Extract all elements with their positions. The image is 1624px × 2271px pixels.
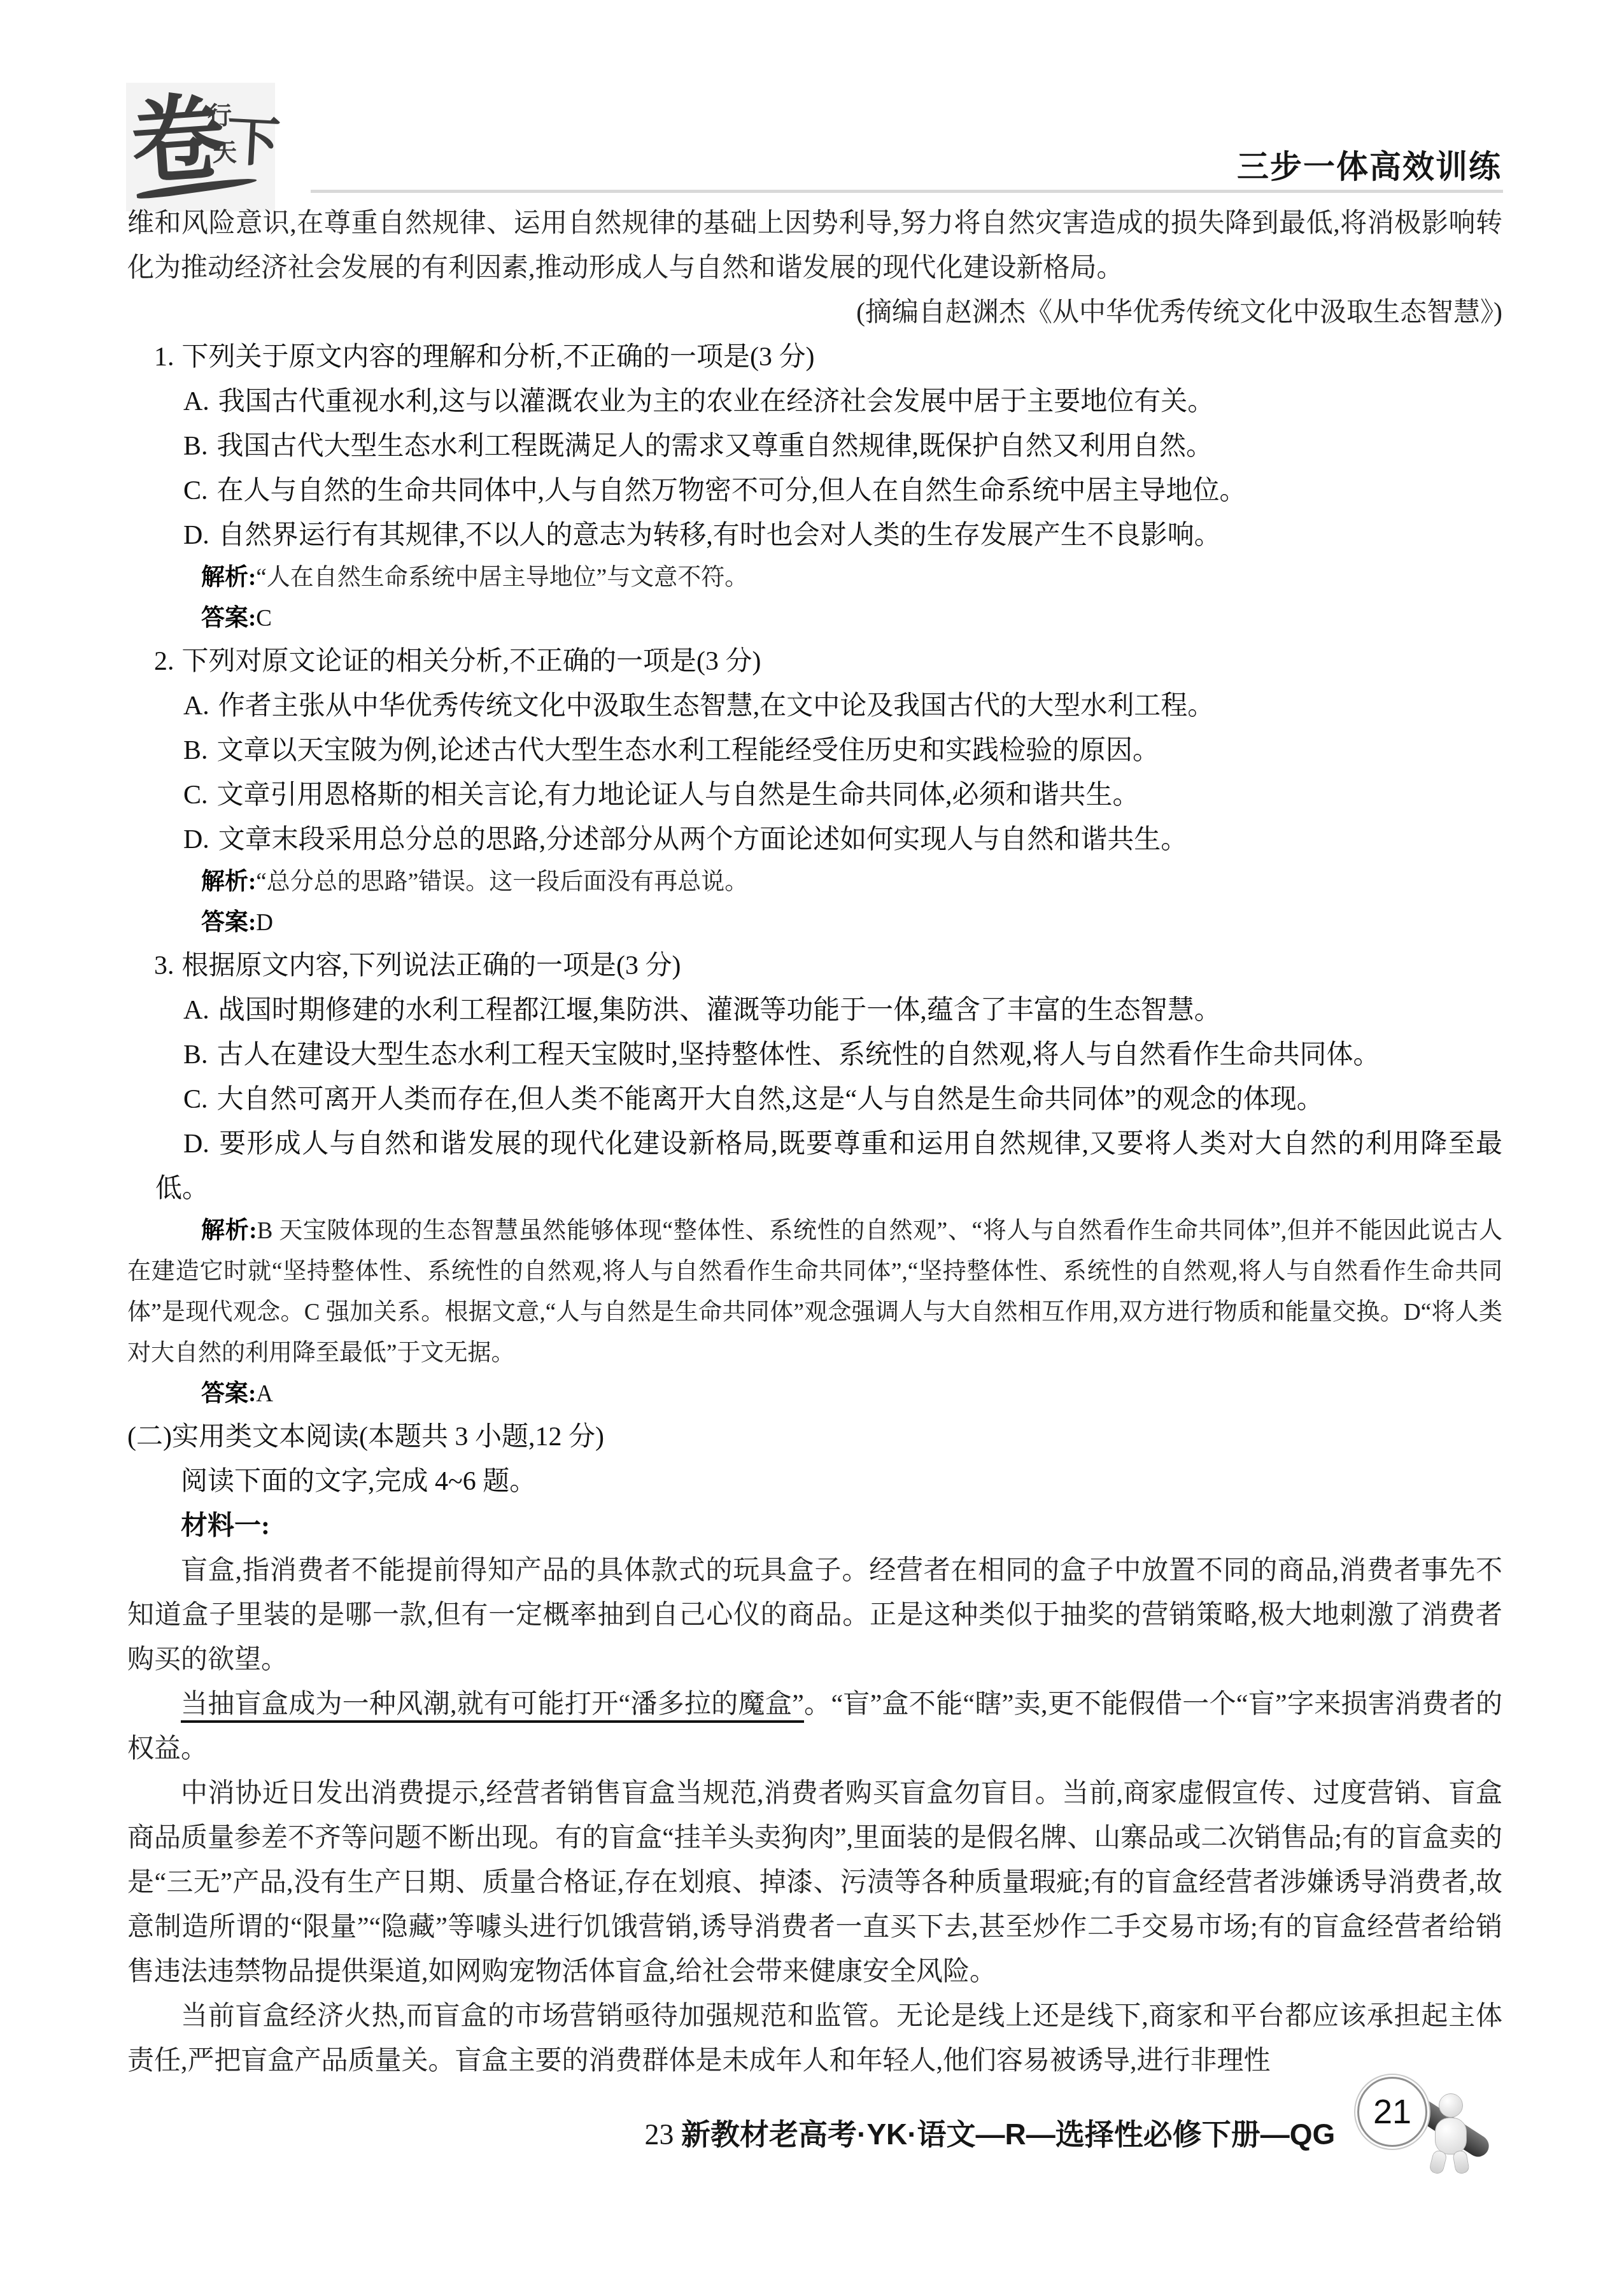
question-3-option-d: D.要形成人与自然和谐发展的现代化建设新格局,既要尊重和运用自然规律,又要将人类…	[127, 1122, 1502, 1211]
intro-attribution: (摘编自赵渊杰《从中华优秀传统文化中汲取生态智慧》)	[127, 290, 1502, 335]
option-b-label: B.	[183, 1040, 208, 1070]
option-b-label: B.	[183, 736, 208, 765]
material-paragraph-1: 盲盒,指消费者不能提前得知产品的具体款式的玩具盒子。经营者在相同的盒子中放置不同…	[127, 1548, 1502, 1682]
option-c-text: 在人与自然的生命共同体中,人与自然万物密不可分,但人在自然生命系统中居主导地位。	[217, 476, 1246, 506]
option-a-text: 我国古代重视水利,这与以灌溉农业为主的农业在经济社会发展中居于主要地位有关。	[218, 387, 1215, 416]
question-3-option-a: A.战国时期修建的水利工程都江堰,集防洪、灌溉等功能于一体,蕴含了丰富的生态智慧…	[127, 988, 1502, 1033]
figurine-head-icon	[1439, 2093, 1463, 2118]
analysis-label: 解析:	[201, 565, 256, 591]
page-number: 21	[1373, 2092, 1411, 2132]
option-d-text: 要形成人与自然和谐发展的现代化建设新格局,既要尊重和运用自然规律,又要将人类对大…	[155, 1129, 1502, 1203]
page-number-badge: 21	[1357, 2077, 1427, 2147]
question-2-option-b: B.文章以天宝陂为例,论述古代大型生态水利工程能经受住历史和实践检验的原因。	[127, 728, 1502, 773]
question-1-stem: 1.下列关于原文内容的理解和分析,不正确的一项是(3 分)	[127, 335, 1502, 379]
question-2-number: 2.	[154, 647, 174, 676]
analysis-text: B 天宝陂体现的生态智慧虽然能够体现“整体性、系统性的自然观”、“将人与自然看作…	[127, 1218, 1502, 1366]
option-b-text: 古人在建设大型生态水利工程天宝陂时,坚持整体性、系统性的自然观,将人与自然看作生…	[217, 1040, 1380, 1070]
question-2-stem-text: 下列对原文论证的相关分析,不正确的一项是(3 分)	[182, 647, 761, 676]
intro-paragraph: 维和风险意识,在尊重自然规律、运用自然规律的基础上因势利导,努力将自然灾害造成的…	[127, 201, 1502, 290]
option-a-text: 战国时期修建的水利工程都江堰,集防洪、灌溉等功能于一体,蕴含了丰富的生态智慧。	[218, 996, 1221, 1025]
question-3-option-c: C.大自然可离开人类而存在,但人类不能离开大自然,这是“人与自然是生命共同体”的…	[127, 1077, 1502, 1122]
question-3-stem: 3.根据原文内容,下列说法正确的一项是(3 分)	[127, 944, 1502, 988]
answer-value: C	[256, 605, 272, 632]
material-1-label: 材料一:	[127, 1504, 1502, 1548]
option-a-label: A.	[183, 996, 209, 1025]
answer-label: 答案:	[201, 605, 256, 632]
content-column: 维和风险意识,在尊重自然规律、运用自然规律的基础上因势利导,努力将自然灾害造成的…	[127, 201, 1502, 2083]
option-c-label: C.	[183, 781, 208, 810]
question-1-option-b: B.我国古代大型生态水利工程既满足人的需求又尊重自然规律,既保护自然又利用自然。	[127, 424, 1502, 469]
option-b-text: 我国古代大型生态水利工程既满足人的需求又尊重自然规律,既保护自然又利用自然。	[217, 432, 1213, 461]
section-2-heading: (二)实用类文本阅读(本题共 3 小题,12 分)	[127, 1415, 1502, 1459]
footer-year: 23	[645, 2118, 682, 2151]
figurine-body-icon	[1435, 2118, 1467, 2154]
header-title: 三步一体高效训练	[1237, 141, 1502, 187]
option-d-text: 文章末段采用总分总的思路,分述部分从两个方面论述如何实现人与自然和谐共生。	[218, 825, 1188, 854]
question-3-analysis: 解析:B 天宝陂体现的生态智慧虽然能够体现“整体性、系统性的自然观”、“将人与自…	[127, 1211, 1502, 1374]
option-d-text: 自然界运行有其规律,不以人的意志为转移,有时也会对人类的生存发展产生不良影响。	[218, 521, 1221, 550]
answer-value: D	[256, 910, 273, 936]
material-paragraph-4: 当前盲盒经济火热,而盲盒的市场营销亟待加强规范和监管。无论是线上还是线下,商家和…	[127, 1994, 1502, 2083]
option-a-label: A.	[183, 387, 209, 416]
option-c-label: C.	[183, 1085, 208, 1114]
analysis-label: 解析:	[201, 1218, 257, 1244]
option-a-label: A.	[183, 691, 209, 721]
question-1-answer: 答案:C	[127, 598, 1502, 639]
option-d-label: D.	[183, 825, 209, 854]
question-3-number: 3.	[154, 951, 174, 980]
exam-page: 卷 行 天 下 三步一体高效训练 维和风险意识,在尊重自然规律、运用自然规律的基…	[0, 0, 1624, 2271]
option-d-label: D.	[183, 521, 209, 550]
answer-label: 答案:	[201, 1381, 256, 1407]
question-3-answer: 答案:A	[127, 1374, 1502, 1415]
question-1-number: 1.	[154, 343, 174, 372]
question-2-stem: 2.下列对原文论证的相关分析,不正确的一项是(3 分)	[127, 639, 1502, 684]
question-2-option-c: C.文章引用恩格斯的相关言论,有力地论证人与自然是生命共同体,必须和谐共生。	[127, 773, 1502, 817]
figurine-leg-icon	[1452, 2149, 1470, 2174]
option-b-text: 文章以天宝陂为例,论述古代大型生态水利工程能经受住历史和实践检验的原因。	[217, 736, 1160, 765]
header-divider	[311, 190, 1503, 193]
question-3-option-b: B.古人在建设大型生态水利工程天宝陂时,坚持整体性、系统性的自然观,将人与自然看…	[127, 1033, 1502, 1077]
answer-value: A	[256, 1381, 273, 1407]
material-paragraph-3: 中消协近日发出消费提示,经营者销售盲盒当规范,消费者购买盲盒勿盲目。当前,商家虚…	[127, 1771, 1502, 1994]
section-2-instruction: 阅读下面的文字,完成 4~6 题。	[127, 1459, 1502, 1504]
analysis-text: “人在自然生命系统中居主导地位”与文意不符。	[256, 565, 748, 591]
logo-char-xia: 下	[225, 98, 282, 178]
analysis-label: 解析:	[201, 869, 256, 895]
analysis-text: “总分总的思路”错误。这一段后面没有再总说。	[256, 869, 748, 895]
question-1-option-a: A.我国古代重视水利,这与以灌溉农业为主的农业在经济社会发展中居于主要地位有关。	[127, 379, 1502, 424]
option-b-label: B.	[183, 432, 208, 461]
footer-series-text: 新教材老高考·YK·语文—R—选择性必修下册—QG	[681, 2118, 1335, 2151]
footer-series-title: 23 新教材老高考·YK·语文—R—选择性必修下册—QG	[605, 2111, 1375, 2153]
brand-logo: 卷 行 天 下	[126, 83, 275, 211]
question-1-stem-text: 下列关于原文内容的理解和分析,不正确的一项是(3 分)	[182, 343, 815, 372]
answer-label: 答案:	[201, 910, 256, 936]
option-a-text: 作者主张从中华优秀传统文化中汲取生态智慧,在文中论及我国古代的大型水利工程。	[218, 691, 1215, 721]
option-c-text: 大自然可离开人类而存在,但人类不能离开大自然,这是“人与自然是生命共同体”的观念…	[217, 1085, 1324, 1114]
figurine-leg-icon	[1429, 2149, 1448, 2175]
question-2-analysis: 解析:“总分总的思路”错误。这一段后面没有再总说。	[127, 862, 1502, 903]
question-2-answer: 答案:D	[127, 903, 1502, 944]
question-1-option-c: C.在人与自然的生命共同体中,人与自然万物密不可分,但人在自然生命系统中居主导地…	[127, 469, 1502, 513]
question-2-option-a: A.作者主张从中华优秀传统文化中汲取生态智慧,在文中论及我国古代的大型水利工程。	[127, 684, 1502, 728]
question-1-analysis: 解析:“人在自然生命系统中居主导地位”与文意不符。	[127, 558, 1502, 598]
option-c-label: C.	[183, 476, 208, 506]
underlined-sentence: 当抽盲盒成为一种风潮,就有可能打开“潘多拉的魔盒”	[181, 1690, 804, 1723]
material-paragraph-2: 当抽盲盒成为一种风潮,就有可能打开“潘多拉的魔盒”。“盲”盒不能“瞎”卖,更不能…	[127, 1682, 1502, 1771]
question-3-stem-text: 根据原文内容,下列说法正确的一项是(3 分)	[182, 951, 681, 980]
question-1-option-d: D.自然界运行有其规律,不以人的意志为转移,有时也会对人类的生存发展产生不良影响…	[127, 513, 1502, 558]
option-c-text: 文章引用恩格斯的相关言论,有力地论证人与自然是生命共同体,必须和谐共生。	[217, 781, 1140, 810]
option-d-label: D.	[183, 1129, 209, 1159]
question-2-option-d: D.文章末段采用总分总的思路,分述部分从两个方面论述如何实现人与自然和谐共生。	[127, 817, 1502, 862]
